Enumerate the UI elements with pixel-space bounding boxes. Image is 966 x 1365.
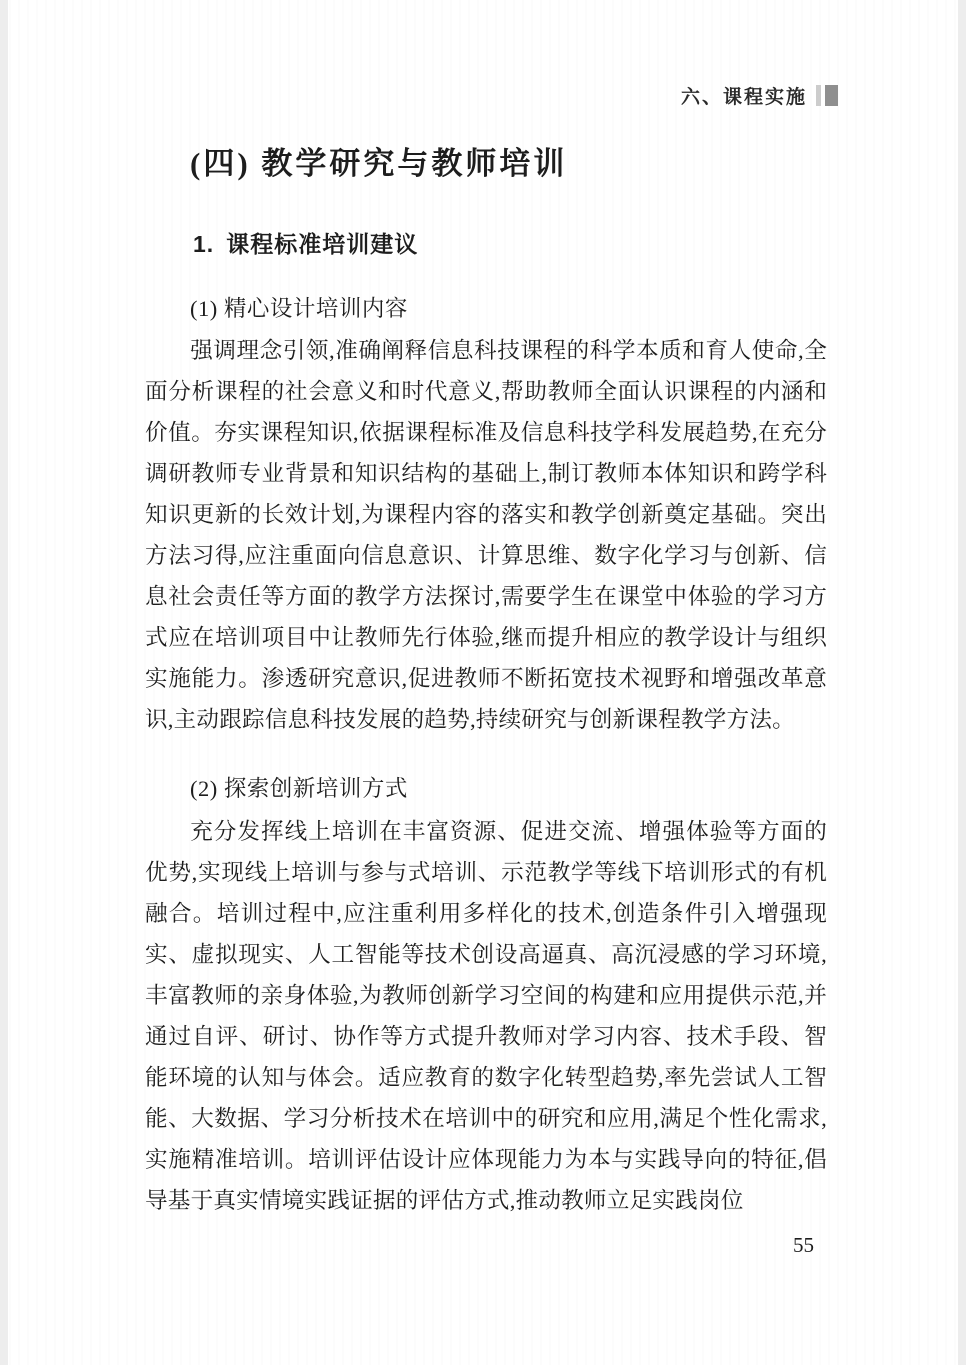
page-number: 55: [793, 1233, 814, 1257]
running-header: 六、课程实施: [681, 82, 838, 109]
document-page: 六、课程实施 (四) 教学研究与教师培训 1.课程标准培训建议 (1) 精心设计…: [0, 0, 966, 1365]
scan-edge-left: [0, 0, 8, 1365]
subsection-2-paragraph: 充分发挥线上培训在丰富资源、促进交流、增强体验等方面的优势,实现线上培训与参与式…: [145, 811, 827, 1221]
section-number: 1.: [193, 231, 214, 257]
chapter-marker-icon: [816, 85, 838, 106]
subsection-2-heading: (2) 探索创新培训方式: [190, 774, 827, 803]
section-heading: 1.课程标准培训建议: [193, 230, 827, 260]
running-header-title: 六、课程实施: [681, 82, 807, 109]
subsection-1-paragraph: 强调理念引领,准确阐释信息科技课程的科学本质和育人使命,全面分析课程的社会意义和…: [145, 330, 827, 740]
page-footer: 55: [793, 1233, 814, 1258]
marker-bar-thin: [816, 85, 821, 106]
page-title: (四) 教学研究与教师培训: [190, 144, 827, 184]
marker-bar-wide: [825, 85, 838, 106]
scan-edge-right: [958, 0, 966, 1365]
section-title: 课程标准培训建议: [226, 231, 418, 257]
subsection-1-heading: (1) 精心设计培训内容: [190, 294, 827, 323]
